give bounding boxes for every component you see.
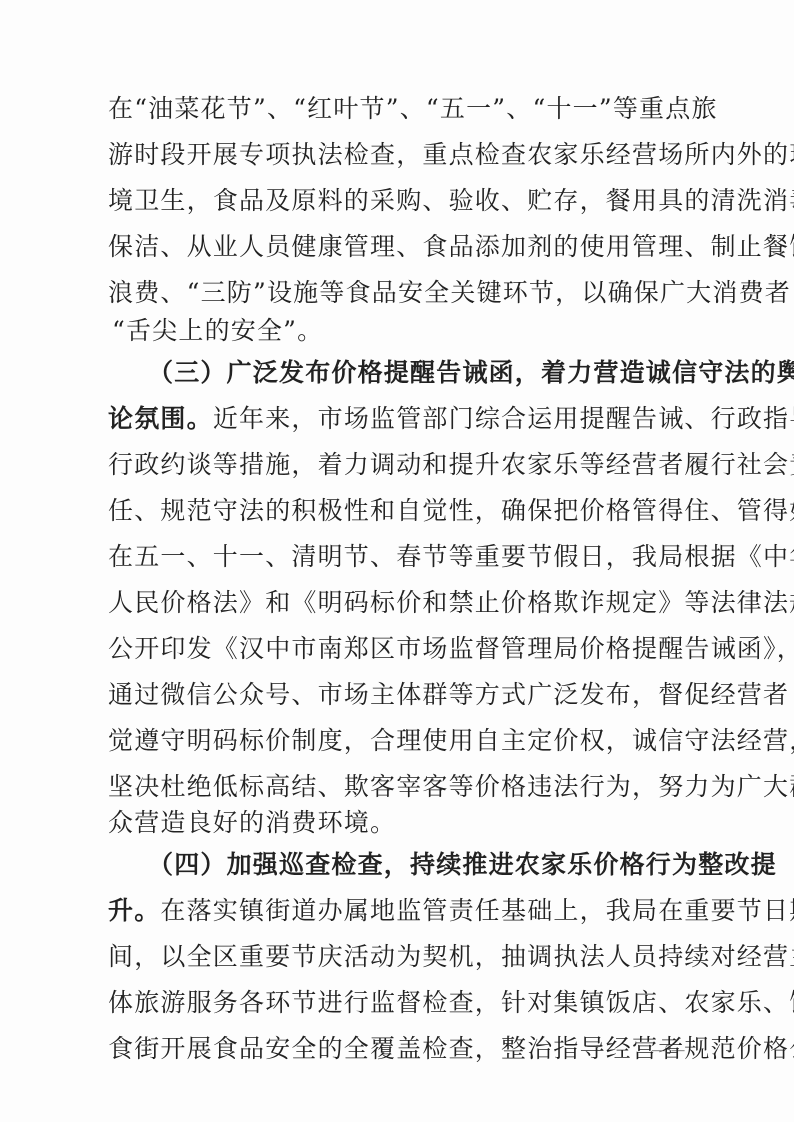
text-line: “舌尖上的安全”。 — [112, 316, 692, 346]
text-line: 食街开展食品安全的全覆盖检查，整治指导经营者规范价格公 — [108, 1034, 688, 1064]
text-line: 在“油菜花节”、“红叶节”、“五一”、“十一”等重点旅 — [108, 94, 688, 124]
text-line: 保洁、从业人员健康管理、食品添加剂的使用管理、制止餐饮 — [108, 232, 688, 262]
heading-continuation: 升。 — [108, 896, 160, 925]
text-line: 众营造良好的消费环境。 — [108, 808, 688, 838]
text-line: 在五一、十一、清明节、春节等重要节假日，我局根据《中华 — [108, 542, 688, 572]
text-line: 公开印发《汉中市南郑区市场监督管理局价格提醒告诫函》， — [108, 634, 688, 664]
text-line: 间，以全区重要节庆活动为契机，抽调执法人员持续对经营主 — [108, 942, 688, 972]
text-line: 觉遵守明码标价制度，合理使用自主定价权，诚信守法经营， — [108, 726, 688, 756]
text-line: 体旅游服务各环节进行监督检查，针对集镇饭店、农家乐、饮 — [108, 988, 688, 1018]
text-line: 行政约谈等措施，着力调动和提升农家乐等经营者履行社会责 — [108, 450, 688, 480]
text-span: 在落实镇街道办属地监管责任基础上，我局在重要节日期 — [160, 896, 794, 925]
text-line: 论氛围。近年来，市场监管部门综合运用提醒告诫、行政指导、 — [108, 404, 688, 434]
section-heading-3: （三）广泛发布价格提醒告诫函，着力营造诚信守法的舆 — [148, 358, 728, 388]
text-line: 坚决杜绝低标高结、欺客宰客等价格违法行为，努力为广大群 — [108, 772, 688, 802]
text-line: 境卫生，食品及原料的采购、验收、贮存，餐用具的清洗消毒 — [108, 186, 688, 216]
document-page: 在“油菜花节”、“红叶节”、“五一”、“十一”等重点旅 游时段开展专项执法检查，… — [0, 0, 794, 1122]
text-line: 人民价格法》和《明码标价和禁止价格欺诈规定》等法律法规， — [108, 588, 688, 618]
text-line: 通过微信公众号、市场主体群等方式广泛发布，督促经营者自 — [108, 680, 688, 710]
page-number: —3— — [652, 1042, 685, 1058]
text-span: 近年来，市场监管部门综合运用提醒告诫、行政指导、 — [213, 404, 794, 433]
section-heading-4: （四）加强巡查检查，持续推进农家乐价格行为整改提 — [148, 850, 728, 880]
text-line: 升。在落实镇街道办属地监管责任基础上，我局在重要节日期 — [108, 896, 688, 926]
text-line: 任、规范守法的积极性和自觉性，确保把价格管得住、管得好。 — [108, 496, 688, 526]
heading-continuation: 论氛围。 — [108, 404, 213, 433]
text-line: 游时段开展专项执法检查，重点检查农家乐经营场所内外的环 — [108, 140, 688, 170]
text-line: 浪费、“三防”设施等食品安全关键环节，以确保广大消费者 — [108, 278, 688, 308]
